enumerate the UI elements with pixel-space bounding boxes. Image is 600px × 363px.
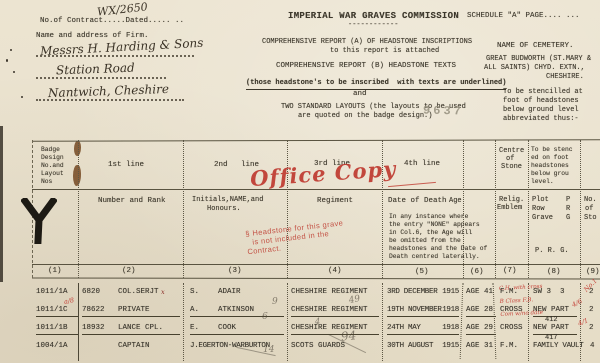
- data-col-divider: [183, 283, 184, 361]
- ink-speck: [21, 96, 23, 98]
- service-number: 78622: [82, 306, 118, 316]
- row1-emblem: F.M.: [500, 288, 526, 298]
- rank: PRIVATE: [118, 306, 150, 314]
- col8-header-l5: level.: [531, 178, 554, 186]
- data-col-divider: [78, 283, 79, 361]
- underline-note: (those headstone's to be inscribed with …: [246, 79, 506, 90]
- col9-header-l1: No.: [584, 196, 597, 205]
- col-divider: [580, 140, 581, 278]
- report-a-line1: COMPREHENSIVE REPORT (A) OF HEADSTONE IN…: [262, 38, 472, 47]
- service-number: 18932: [82, 324, 118, 334]
- number-stamp: 9637: [423, 104, 464, 117]
- office-copy-stroke: [388, 182, 436, 187]
- rank: LANCE CPL.: [118, 324, 163, 332]
- stencil-note-line1: To be stencilled at: [503, 88, 583, 97]
- row3-plot: NEW PART: [533, 324, 577, 335]
- row1-badge: 1011/1A: [36, 288, 76, 298]
- row4-regiment: SCOTS GUARDS: [291, 342, 379, 352]
- rank: COL.SERJT: [118, 288, 159, 296]
- date-of-death: 3RD DECEMBER: [387, 288, 437, 298]
- year: 1915: [442, 288, 459, 298]
- col2-header: 1st line: [108, 161, 144, 170]
- data-col-divider: [287, 283, 288, 361]
- row3-emblem: CROSS: [500, 324, 526, 334]
- stencil-note-line2: foot of headstones: [503, 97, 579, 106]
- year: 1918: [442, 306, 459, 316]
- headstone-exclusion-stamp: § Headstone for this grave is not includ…: [245, 215, 377, 257]
- col-number-1: (1): [48, 267, 62, 276]
- surname: ADAIR: [218, 288, 241, 296]
- col-number-8: (8): [547, 268, 561, 277]
- schedule-line: SCHEDULE "A" PAGE.... ...: [467, 12, 580, 21]
- date-of-death: 24TH MAY: [387, 324, 421, 334]
- dotted-line: [36, 77, 166, 79]
- data-col-divider: [382, 283, 383, 361]
- col-number-5: (5): [415, 268, 429, 277]
- col-number-2: (2): [122, 267, 136, 276]
- report-b: COMPREHENSIVE REPORT (B) HEADSTONE TEXTS: [276, 62, 456, 71]
- col8-p-label: P: [566, 196, 570, 205]
- col8-prg: P. R. G.: [535, 247, 569, 256]
- col5-header: 4th line: [404, 160, 440, 169]
- table-numbers-row-top: [32, 264, 600, 265]
- col-divider: [495, 140, 496, 278]
- col2-subheader: Number and Rank: [98, 197, 166, 206]
- col7-header-l3: Stone: [501, 163, 522, 172]
- col5-note-l3: in Col.6, the Age will: [389, 229, 472, 237]
- col5-note-l5: headstones and the Date of: [389, 245, 487, 253]
- service-number: 6820: [82, 288, 118, 298]
- initials: E.: [190, 324, 218, 334]
- col8-header-l1: To be stenc: [531, 146, 573, 154]
- row2-age: AGE 28: [466, 306, 496, 317]
- title-dashes: ------------: [348, 21, 398, 30]
- col5-note-l4: be omitted from the: [389, 237, 461, 245]
- layouts-line2: are quoted on the badge design.): [298, 112, 432, 121]
- col1-header-l4: Layout: [41, 170, 64, 178]
- col8-header-l4: below grou: [531, 170, 569, 178]
- row4-date: 30TH AUGUST1915: [387, 342, 459, 352]
- table-header-divider: [32, 189, 600, 190]
- red-row-annotation: a/8: [63, 297, 74, 306]
- stencil-note-line4: abbreviated thus:-: [503, 115, 579, 124]
- col5-note-l1: In any instance where: [389, 213, 468, 221]
- col-divider: [528, 140, 529, 278]
- row3-age: AGE 29: [466, 324, 496, 335]
- col3-subheader-l1: Initials,NAME,and: [192, 196, 263, 205]
- row2-plot: NEW PART: [533, 306, 577, 317]
- commission-title: IMPERIAL WAR GRAVES COMMISSION: [288, 11, 459, 21]
- col9-header-l3: Sto: [584, 214, 597, 223]
- cemetery-name-line2: ALL SAINTS) CHYD. EXTN.,: [484, 64, 585, 73]
- office-copy-handwritten: Office Copy: [249, 158, 397, 189]
- col1-header-l1: Badge: [41, 146, 60, 154]
- data-col-divider: [460, 283, 464, 359]
- row3-regiment: CHESHIRE REGIMENT: [291, 324, 379, 335]
- col5-subheader: Date of Death: [388, 197, 447, 206]
- cemetery-name-line3: CHESHIRE.: [546, 73, 584, 82]
- col5-note-l6: Death centred laterally.: [389, 253, 480, 261]
- row2-stones: 2: [589, 306, 594, 316]
- col-divider: [183, 140, 184, 278]
- firm-town-handwritten: Nantwich, Cheshire: [48, 83, 169, 99]
- col4-subheader: Regiment: [317, 197, 353, 206]
- stencil-note-line3: below ground level: [503, 106, 579, 115]
- col-number-7: (7): [503, 267, 517, 276]
- year: 1915: [442, 342, 459, 352]
- initials: S.: [190, 288, 218, 298]
- scanned-document-page: { "document": { "contract": { "line": "N…: [0, 0, 600, 363]
- date-of-death: 30TH AUGUST: [387, 342, 433, 352]
- col8-g-label: G: [566, 214, 570, 223]
- firm-street-handwritten: Station Road: [56, 62, 135, 77]
- row1-number-rank: 6820COL.SERJT: [82, 288, 180, 298]
- row2-date: 19TH NOVEMBER1918: [387, 306, 459, 317]
- col-number-4: (4): [328, 267, 342, 276]
- row2-badge: 1011/1C: [36, 306, 78, 317]
- row1-stones: 2: [589, 288, 594, 298]
- row4-name: J.EGERTON-WARBURTON: [190, 342, 284, 352]
- ink-speck: [6, 59, 8, 62]
- date-of-death: 19TH NOVEMBER: [387, 306, 442, 316]
- col6-header-age: Age: [449, 197, 462, 206]
- row4-plot: FAMILY VAULT: [533, 342, 593, 352]
- row2-regiment: CHESHIRE REGIMENT: [291, 306, 379, 317]
- ink-blot: [73, 165, 81, 186]
- col8-r-label: R: [566, 205, 570, 214]
- and-word: and: [353, 90, 367, 99]
- initials: A.: [190, 306, 218, 316]
- col-divider: [287, 140, 288, 278]
- row2-number-rank: 78622PRIVATE: [82, 306, 180, 317]
- row1-plot: SW 3 3: [533, 288, 579, 298]
- surname: ATKINSON: [218, 306, 254, 314]
- row1-date: 3RD DECEMBER1915: [387, 288, 459, 298]
- ink-speck: [10, 49, 12, 51]
- col5-note-l2: the entry "NONE" appears: [389, 221, 480, 229]
- col9-header-l2: of: [585, 205, 593, 214]
- row3-date: 24TH MAY1918: [387, 324, 459, 335]
- badge-y-mark: [21, 198, 57, 244]
- row3-badge: 1011/1B: [36, 324, 78, 335]
- rank: CAPTAIN: [118, 342, 150, 350]
- row4-emblem: F.M.: [500, 342, 526, 352]
- scan-edge-artifact: [0, 126, 3, 282]
- row2-name: A.ATKINSON: [190, 306, 284, 317]
- surname: COOK: [218, 324, 236, 332]
- row4-stones: 4: [590, 342, 595, 352]
- row3-name: E.COOK: [190, 324, 284, 335]
- col-number-6: (6): [470, 268, 484, 277]
- col3-subheader-l2: Honours.: [207, 205, 241, 214]
- col1-header-l2: Design: [41, 154, 64, 162]
- row1-regiment: CHESHIRE REGIMENT: [291, 288, 379, 298]
- col-divider: [78, 140, 79, 278]
- row4-number-rank: CAPTAIN: [82, 342, 180, 352]
- col1-header-l5: Nos: [41, 178, 52, 186]
- red-edge-mark-3: 4/1: [577, 317, 589, 327]
- surname: EGERTON-WARBURTON: [198, 342, 269, 350]
- row1-age: AGE 41: [466, 288, 496, 298]
- col8-header-l3: headstones: [531, 162, 569, 170]
- row4-badge: 1004/1A: [36, 342, 76, 352]
- dotted-line: [36, 99, 184, 101]
- year: 1918: [442, 324, 459, 334]
- dotted-line: [36, 55, 194, 57]
- row3-stones: 2: [589, 324, 594, 334]
- report-a-line2: to this report is attached: [330, 47, 439, 56]
- cemetery-label: NAME OF CEMETERY.: [497, 42, 574, 51]
- col7-subheader-l2: Emblem: [497, 204, 522, 213]
- col-number-3: (3): [228, 267, 242, 276]
- col8-grave-label: Grave: [532, 214, 553, 223]
- cemetery-name-line1: GREAT BUDWORTH (ST.MARY &: [486, 55, 591, 64]
- ink-speck: [13, 71, 15, 73]
- col8-row-label: Row: [532, 205, 545, 214]
- row4-age: AGE 31: [466, 342, 496, 352]
- red-note-l2: B Class F.B.: [500, 298, 534, 306]
- col8-plot-label: Plot: [532, 196, 549, 205]
- row1-name: S.ADAIR: [190, 288, 284, 298]
- row3-number-rank: 18932LANCE CPL.: [82, 324, 180, 335]
- col1-header-l3: No.and: [41, 162, 64, 170]
- contract-line: No.of Contract.....Dated..... ..: [40, 17, 184, 26]
- row2-emblem: CROSS: [500, 306, 526, 316]
- col8-header-l2: ed on foot: [531, 154, 569, 162]
- table-border-top: [32, 139, 600, 141]
